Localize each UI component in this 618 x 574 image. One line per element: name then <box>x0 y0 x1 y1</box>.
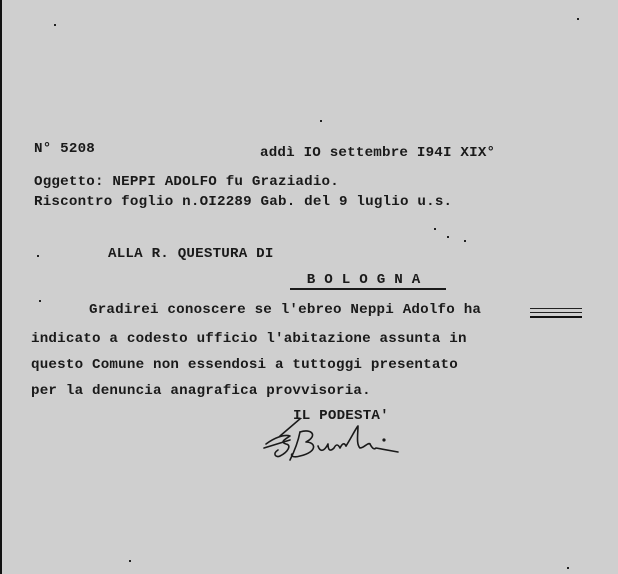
body-line-2: indicato a codesto ufficio l'abitazione … <box>31 330 467 348</box>
subject-line: Oggetto: NEPPI ADOLFO fu Graziadio. <box>34 173 339 191</box>
struck-out-word <box>530 303 582 317</box>
handwritten-signature <box>260 418 410 466</box>
addressee: ALLA R. QUESTURA DI <box>108 245 274 263</box>
body-line-4: per la denuncia anagrafica provvisoria. <box>31 382 371 400</box>
addressee-city: BOLOGNA <box>290 272 446 290</box>
date-line: addì IO settembre I94I XIX° <box>260 144 495 162</box>
body-line-3: questo Comune non essendosi a tuttoggi p… <box>31 356 458 374</box>
protocol-number: N° 5208 <box>34 140 95 158</box>
reference-line: Riscontro foglio n.OI2289 Gab. del 9 lug… <box>34 193 452 211</box>
document-page: N° 5208 addì IO settembre I94I XIX° Ogge… <box>0 0 618 574</box>
body-line-1: Gradirei conoscere se l'ebreo Neppi Adol… <box>89 301 481 319</box>
